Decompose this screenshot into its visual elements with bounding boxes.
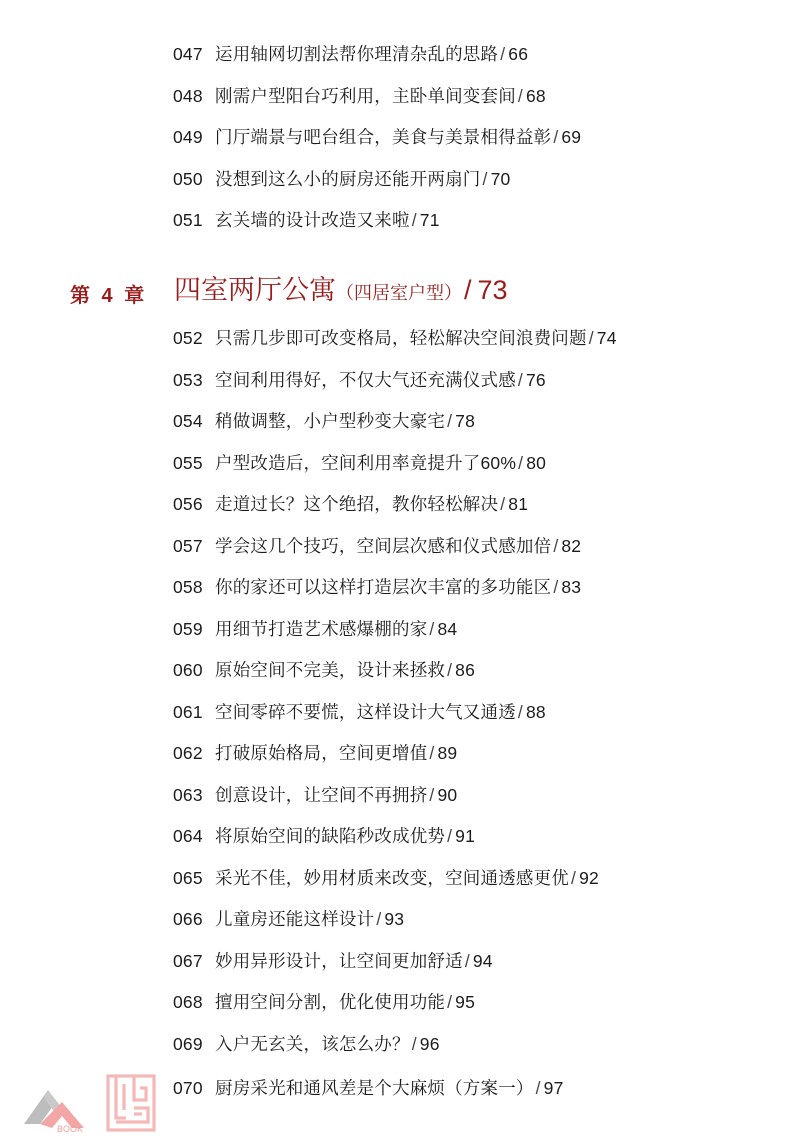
entry-number: 053: [173, 368, 213, 392]
entry-page: 91: [455, 826, 475, 846]
entry-page: 90: [437, 785, 457, 805]
watermark-text: BOOK: [57, 1124, 83, 1134]
separator: /: [589, 328, 594, 348]
entry-page: 81: [508, 494, 528, 514]
entry-number: 052: [173, 326, 213, 350]
entry-title: 走道过长？这个绝招，教你轻松解决: [215, 494, 498, 514]
toc-entry[interactable]: 067妙用异形设计，让空间更加舒适/94: [173, 949, 493, 973]
entry-title: 玄关墙的设计改造又来啦: [215, 210, 410, 230]
entry-title: 打破原始格局，空间更增值: [215, 743, 427, 763]
entry-number: 048: [173, 84, 213, 108]
separator: /: [412, 1034, 417, 1054]
toc-entry[interactable]: 055户型改造后，空间利用率竟提升了60%/80: [173, 451, 546, 475]
entry-number: 047: [173, 42, 213, 66]
toc-entry[interactable]: 069入户无玄关，该怎么办？/96: [173, 1032, 440, 1056]
chapter-subtitle: （四居室户型）: [336, 283, 462, 303]
entry-page: 69: [561, 127, 581, 147]
toc-entry[interactable]: 062打破原始格局，空间更增值/89: [173, 741, 457, 765]
separator: /: [429, 619, 434, 639]
entry-title: 运用轴网切割法帮你理清杂乱的思路: [215, 44, 498, 64]
entry-number: 054: [173, 409, 213, 433]
separator: /: [376, 909, 381, 929]
chapter-label: 第 4 章: [70, 279, 145, 308]
entry-number: 055: [173, 451, 213, 475]
chapter-page: 73: [478, 275, 508, 305]
separator: /: [518, 370, 523, 390]
separator: /: [518, 86, 523, 106]
entry-number: 058: [173, 575, 213, 599]
separator: /: [553, 127, 558, 147]
entry-number: 069: [173, 1032, 213, 1056]
entry-page: 84: [437, 619, 457, 639]
entry-page: 78: [455, 411, 475, 431]
toc-entry[interactable]: 068擅用空间分割，优化使用功能/95: [173, 990, 475, 1014]
entry-page: 94: [473, 951, 493, 971]
toc-entry[interactable]: 050没想到这么小的厨房还能开两扇门/70: [173, 167, 510, 191]
entry-number: 049: [173, 125, 213, 149]
entry-page: 92: [579, 868, 599, 888]
entry-number: 061: [173, 700, 213, 724]
entry-page: 66: [508, 44, 528, 64]
entry-page: 93: [384, 909, 404, 929]
separator: /: [447, 992, 452, 1012]
book-logo-icon: BOOK: [22, 1072, 172, 1134]
entry-title: 学会这几个技巧，空间层次感和仪式感加倍: [215, 536, 551, 556]
entry-page: 96: [420, 1034, 440, 1054]
entry-title: 采光不佳，妙用材质来改变，空间通透感更优: [215, 868, 569, 888]
entry-title: 创意设计，让空间不再拥挤: [215, 785, 427, 805]
toc-entry[interactable]: 051玄关墙的设计改造又来啦/71: [173, 208, 440, 232]
entry-number: 057: [173, 534, 213, 558]
separator: /: [429, 743, 434, 763]
entry-title: 厨房采光和通风差是个大麻烦（方案一）: [215, 1078, 534, 1098]
entry-page: 86: [455, 660, 475, 680]
entry-number: 068: [173, 990, 213, 1014]
entry-page: 70: [491, 169, 511, 189]
separator: /: [412, 210, 417, 230]
entry-page: 68: [526, 86, 546, 106]
entry-number: 065: [173, 866, 213, 890]
entry-title: 空间利用得好，不仅大气还充满仪式感: [215, 370, 516, 390]
toc-entry[interactable]: 070厨房采光和通风差是个大麻烦（方案一）/97: [173, 1076, 564, 1100]
separator: /: [536, 1078, 541, 1098]
toc-entry[interactable]: 066儿童房还能这样设计/93: [173, 907, 404, 931]
separator: /: [447, 826, 452, 846]
toc-entry[interactable]: 053空间利用得好，不仅大气还充满仪式感/76: [173, 368, 546, 392]
separator: /: [429, 785, 434, 805]
toc-entry[interactable]: 052只需几步即可改变格局，轻松解决空间浪费问题/74: [173, 326, 617, 350]
toc-entry[interactable]: 048刚需户型阳台巧利用，主卧单间变套间/68: [173, 84, 546, 108]
entry-number: 051: [173, 208, 213, 232]
separator: /: [553, 577, 558, 597]
chapter-title: 四室两厅公寓: [174, 275, 336, 305]
separator: /: [553, 536, 558, 556]
toc-entry[interactable]: 058你的家还可以这样打造层次丰富的多功能区/83: [173, 575, 581, 599]
entry-title: 原始空间不完美，设计来拯救: [215, 660, 445, 680]
entry-title: 擅用空间分割，优化使用功能: [215, 992, 445, 1012]
separator: /: [465, 951, 470, 971]
entry-title: 妙用异形设计，让空间更加舒适: [215, 951, 463, 971]
toc-entry[interactable]: 054稍做调整，小户型秒变大豪宅/78: [173, 409, 475, 433]
entry-page: 88: [526, 702, 546, 722]
entry-title: 户型改造后，空间利用率竟提升了60%: [215, 453, 516, 473]
entry-number: 060: [173, 658, 213, 682]
separator: /: [483, 169, 488, 189]
entry-title: 只需几步即可改变格局，轻松解决空间浪费问题: [215, 328, 587, 348]
entry-number: 056: [173, 492, 213, 516]
entry-number: 062: [173, 741, 213, 765]
entry-title: 刚需户型阳台巧利用，主卧单间变套间: [215, 86, 516, 106]
entry-number: 063: [173, 783, 213, 807]
toc-entry[interactable]: 065采光不佳，妙用材质来改变，空间通透感更优/92: [173, 866, 599, 890]
entry-title: 稍做调整，小户型秒变大豪宅: [215, 411, 445, 431]
entry-title: 儿童房还能这样设计: [215, 909, 374, 929]
entry-page: 97: [544, 1078, 564, 1098]
separator: /: [500, 44, 505, 64]
entry-title: 用细节打造艺术感爆棚的家: [215, 619, 427, 639]
separator: /: [518, 702, 523, 722]
toc-entry[interactable]: 056走道过长？这个绝招，教你轻松解决/81: [173, 492, 528, 516]
entry-number: 070: [173, 1076, 213, 1100]
entry-number: 064: [173, 824, 213, 848]
entry-page: 82: [561, 536, 581, 556]
entry-title: 没想到这么小的厨房还能开两扇门: [215, 169, 481, 189]
separator: /: [518, 453, 523, 473]
entry-title: 将原始空间的缺陷秒改成优势: [215, 826, 445, 846]
toc-entry[interactable]: 060原始空间不完美，设计来拯救/86: [173, 658, 475, 682]
separator: /: [571, 868, 576, 888]
chapter-title-group: 四室两厅公寓（四居室户型）/73: [174, 273, 508, 310]
entry-page: 83: [561, 577, 581, 597]
entry-page: 89: [437, 743, 457, 763]
separator: /: [447, 660, 452, 680]
toc-entry[interactable]: 049门厅端景与吧台组合，美食与美景相得益彰/69: [173, 125, 581, 149]
entry-title: 空间零碎不要慌，这样设计大气又通透: [215, 702, 516, 722]
separator: /: [500, 494, 505, 514]
entry-title: 门厅端景与吧台组合，美食与美景相得益彰: [215, 127, 551, 147]
entry-number: 059: [173, 617, 213, 641]
toc-entry[interactable]: 057学会这几个技巧，空间层次感和仪式感加倍/82: [173, 534, 581, 558]
separator: /: [447, 411, 452, 431]
entry-number: 067: [173, 949, 213, 973]
toc-entry[interactable]: 059用细节打造艺术感爆棚的家/84: [173, 617, 457, 641]
watermark-logo: BOOK: [22, 1072, 172, 1134]
toc-entry[interactable]: 064将原始空间的缺陷秒改成优势/91: [173, 824, 475, 848]
entry-page: 76: [526, 370, 546, 390]
toc-entry[interactable]: 047运用轴网切割法帮你理清杂乱的思路/66: [173, 42, 528, 66]
entry-title: 入户无玄关，该怎么办？: [215, 1034, 410, 1054]
toc-entry[interactable]: 063创意设计，让空间不再拥挤/90: [173, 783, 457, 807]
entry-page: 95: [455, 992, 475, 1012]
entry-number: 050: [173, 167, 213, 191]
entry-page: 74: [597, 328, 617, 348]
entry-page: 80: [526, 453, 546, 473]
entry-number: 066: [173, 907, 213, 931]
entry-title: 你的家还可以这样打造层次丰富的多功能区: [215, 577, 551, 597]
entry-page: 71: [420, 210, 440, 230]
toc-entry[interactable]: 061空间零碎不要慌，这样设计大气又通透/88: [173, 700, 546, 724]
separator: /: [464, 275, 472, 305]
